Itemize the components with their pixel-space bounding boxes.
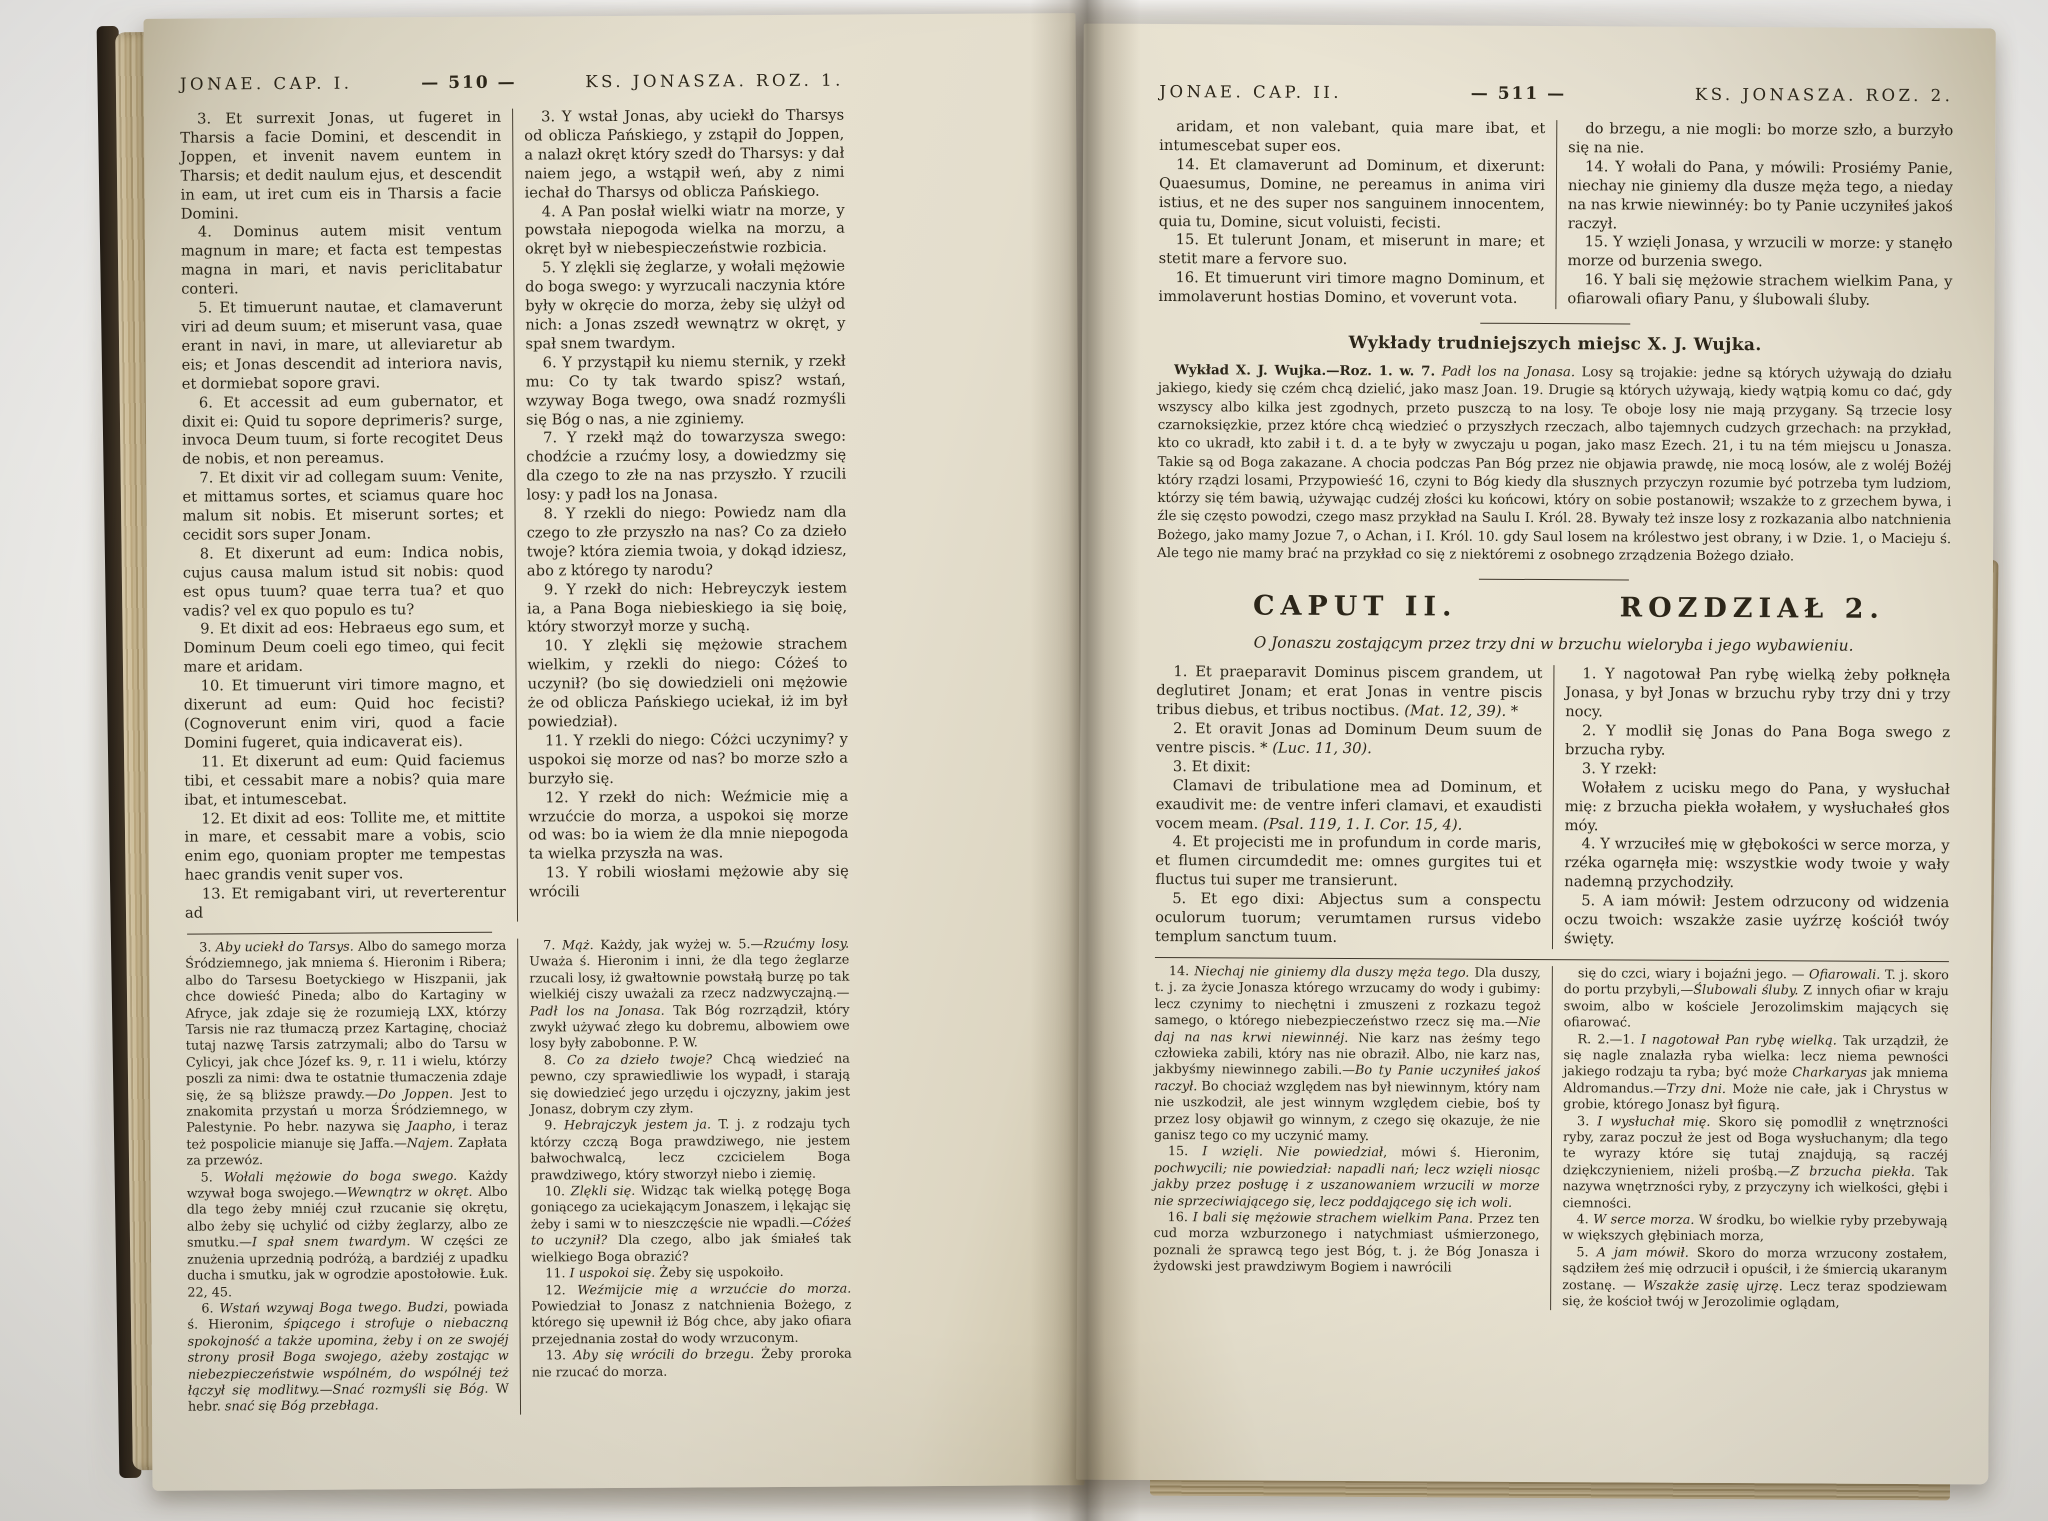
latin-verse: 10. Et timuerunt viri timore magno, et d… (184, 676, 505, 754)
left-page-verse-columns: 3. Et surrexit Jonas, ut fugeret in Thar… (180, 107, 849, 924)
latin-verse: 15. Et tulerunt Jonam, et miserunt in ma… (1159, 231, 1545, 271)
footnote: 6. Wstań wzywaj Boga twego. Budzi, powia… (187, 1300, 509, 1417)
latin-verse: 7. Et dixit vir ad collegam suum: Venite… (182, 468, 503, 546)
commentary-paragraph: Wykład X. J. Wujka.—Roz. 1. w. 7. Padł l… (1157, 361, 1952, 567)
footnotes-column-2: się do czci, wiary i bojaźni jego. — Ofi… (1550, 966, 1949, 1313)
latin-verse: 2. Et oravit Jonas ad Dominum Deum suum … (1156, 720, 1542, 760)
latin-verse: 5. Et ego dixi: Abjectus sum a conspectu… (1155, 890, 1541, 949)
polish-verse: 4. A Pan posłał wielki wiatr na morze, y… (525, 201, 845, 260)
page-number: — 510 — (421, 73, 516, 94)
polish-verse: 16. Y bali się mężowie strachem wielkim … (1567, 271, 1952, 311)
polish-verse: 13. Y robili wiosłami mężowie aby się wr… (529, 863, 849, 903)
latin-verse: 5. Et timuerunt nautae, et clamaverunt v… (181, 298, 503, 394)
right-page: JONAE. CAP. II. — 511 — KS. JONASZA. ROZ… (1076, 24, 1996, 1485)
footnote-separator-rule (187, 932, 492, 935)
chapter1-continuation-columns: aridam, et non valebant, quia mare ibat,… (1158, 118, 1953, 311)
chapter-subtitle: O Jonaszu zostającym przez trzy dni w br… (1157, 633, 1951, 655)
polish-verse: 9. Y rzekł do nich: Hebreyczyk iestem ia… (527, 579, 847, 638)
footnote: 3. I wysłuchał mię. Skoro się pomodlił z… (1563, 1114, 1949, 1214)
polish-verse: 3. Y rzekł: (1565, 760, 1950, 781)
polish-verse: 4. Y wrzuciłeś mię w głębokości w serce … (1564, 836, 1949, 895)
chapter-divider-rule (1479, 579, 1629, 581)
footnote: się do czci, wiary i bojaźni jego. — Ofi… (1564, 966, 1949, 1034)
footnote: 5. Wołali mężowie do boga swego. Każdy w… (187, 1168, 509, 1301)
latin-text-column: 1. Et praeparavit Dominus piscem grandem… (1155, 663, 1553, 949)
polish-verse: 15. Y wzięli Jonasa, y wrzucili w morze:… (1568, 234, 1953, 274)
latin-verse: 4. Dominus autem misit ventum magnum in … (181, 222, 502, 300)
footnote: 14. Niechaj nie giniemy dla duszy męża t… (1154, 964, 1541, 1146)
footnote: 3. Aby uciekł do Tarsys. Albo do samego … (185, 939, 507, 1171)
book-photo-scene: JONAE. CAP. I. — 510 — KS. JONASZA. ROZ.… (0, 0, 2048, 1521)
right-page-footnote-columns: 14. Niechaj nie giniemy dla duszy męża t… (1153, 964, 1949, 1313)
polish-verse: 11. Y rzekli do niego: Cóżci uczynimy? y… (528, 730, 848, 789)
latin-verse: 6. Et accessit ad eum gubernator, et dix… (182, 392, 503, 470)
polish-text-column: 1. Y nagotował Pan rybę wielką żeby połk… (1552, 665, 1950, 951)
page-number: — 511 — (1471, 84, 1566, 104)
latin-verse: 4. Et projecisti me in profundum in cord… (1155, 833, 1541, 892)
polish-verse: 6. Y przystąpił ku niemu sternik, y rzek… (526, 352, 846, 430)
chapter2-verse-columns: 1. Et praeparavit Dominus piscem grandem… (1155, 663, 1950, 951)
latin-text-column: 3. Et surrexit Jonas, ut fugeret in Thar… (180, 109, 517, 924)
latin-verse: Clamavi de tribulatione mea ad Dominum, … (1156, 777, 1542, 836)
footnote: 11. I uspokoi się. Żeby się uspokoiło. (531, 1265, 851, 1283)
polish-verse: 10. Y zlękli się mężowie strachem wielki… (527, 636, 848, 732)
footnote: R. 2.—1. I nagotował Pan rybę wielką. Ta… (1563, 1032, 1948, 1116)
footnote: 15. I wzięli. Nie powiedział, mówi ś. Hi… (1154, 1144, 1540, 1212)
polish-verse: 12. Y rzekł do nich: Weźmicie mię a wrzu… (528, 787, 848, 865)
polish-verse: 3. Y wstał Jonas, aby uciekł do Tharsys … (524, 107, 845, 203)
running-title-latin: JONAE. CAP. I. (180, 74, 353, 94)
section-divider-rule (1480, 323, 1630, 325)
polish-verse: Wołałem z ucisku mego do Pana, y wysłuch… (1565, 779, 1950, 838)
polish-verse: 8. Y rzekli do niego: Powiedz nam dla cz… (526, 504, 846, 582)
running-title-polish: KS. JONASZA. ROZ. 2. (1695, 85, 1954, 105)
footnote: 10. Zlękli się. Widząc tak wielką potęgę… (531, 1183, 851, 1267)
right-page-running-header: JONAE. CAP. II. — 511 — KS. JONASZA. ROZ… (1159, 82, 1953, 106)
footnote: 12. Weźmijcie mię a wrzućcie do morza. P… (531, 1281, 851, 1349)
polish-verse: 1. Y nagotował Pan rybę wielką żeby połk… (1565, 665, 1950, 724)
latin-verse: 16. Et timuerunt viri timore magno Domin… (1158, 269, 1544, 309)
footnotes-column-2: 7. Mąż. Każdy, jak wyżej w. 5.—Rzućmy lo… (517, 937, 852, 1415)
right-page-content: JONAE. CAP. II. — 511 — KS. JONASZA. ROZ… (1153, 82, 1953, 1313)
polish-verse: 2. Y modlił się Jonas do Pana Boga swego… (1565, 722, 1950, 762)
polish-verse: 14. Y wołali do Pana, y mówili: Prosiémy… (1568, 158, 1953, 236)
left-page-footnote-columns: 3. Aby uciekł do Tarsys. Albo do samego … (185, 937, 852, 1417)
chapter-heading-latin: CAPUT II. (1157, 590, 1554, 623)
polish-verse: do brzegu, a nie mogli: bo morze szło, a… (1568, 120, 1953, 160)
footnote-separator-rule (1155, 957, 1949, 962)
left-page: JONAE. CAP. I. — 510 — KS. JONASZA. ROZ.… (144, 13, 1085, 1491)
latin-verse: 12. Et dixit ad eos: Tollite me, et mitt… (184, 808, 505, 886)
footnote: 8. Co za dzieło twoje? Chcą wiedzieć na … (530, 1051, 850, 1119)
running-title-polish: KS. JONASZA. ROZ. 1. (585, 71, 844, 92)
latin-verse: 1. Et praeparavit Dominus piscem grandem… (1156, 663, 1542, 722)
left-page-running-header: JONAE. CAP. I. — 510 — KS. JONASZA. ROZ.… (180, 71, 844, 95)
footnote: 4. W serce morza. W środku, bo wielkie r… (1562, 1212, 1947, 1247)
latin-verse: 9. Et dixit ad eos: Hebraeus ego sum, et… (183, 619, 504, 678)
latin-verse: 3. Et surrexit Jonas, ut fugeret in Thar… (180, 109, 502, 224)
chapter-heading-polish: ROZDZIAŁ 2. (1554, 592, 1951, 625)
chapter-headings: CAPUT II. ROZDZIAŁ 2. (1157, 590, 1951, 625)
latin-verse: 3. Et dixit: (1156, 758, 1542, 779)
latin-verse: 11. Et dixerunt ad eum: Quid faciemus ti… (184, 751, 505, 810)
polish-verse: 7. Y rzekł mąż do towarzysza swego: chod… (526, 428, 846, 506)
footnotes-column-1: 3. Aby uciekł do Tarsys. Albo do samego … (185, 939, 520, 1417)
polish-verse: 5. A iam mówił: Jestem odrzucony od widz… (1564, 892, 1949, 951)
polish-verse: 5. Y zlękli się żeglarze, y wołali mężow… (525, 258, 846, 354)
footnote: 16. I bali się mężowie strachem wielkim … (1153, 1210, 1539, 1278)
polish-text-column: 3. Y wstał Jonas, aby uciekł do Tharsys … (512, 107, 849, 922)
footnotes-column-1: 14. Niechaj nie giniemy dla duszy męża t… (1153, 964, 1552, 1311)
left-page-content: JONAE. CAP. I. — 510 — KS. JONASZA. ROZ.… (180, 71, 852, 1417)
latin-text-column: aridam, et non valebant, quia mare ibat,… (1158, 118, 1556, 309)
footnote: 5. A jam mówił. Skoro do morza wrzucony … (1562, 1245, 1947, 1313)
commentary-section-title: Wykłady trudniejszych miejsc X. J. Wujka… (1158, 332, 1952, 356)
running-title-latin: JONAE. CAP. II. (1159, 82, 1342, 102)
latin-verse: 8. Et dixerunt ad eum: Indica nobis, cuj… (183, 544, 504, 622)
footnote: 7. Mąż. Każdy, jak wyżej w. 5.—Rzućmy lo… (529, 937, 850, 1054)
polish-text-column: do brzegu, a nie mogli: bo morze szło, a… (1555, 120, 1953, 311)
footnote: 13. Aby się wrócili do brzegu. Żeby pror… (532, 1347, 852, 1382)
latin-verse: aridam, et non valebant, quia mare ibat,… (1159, 118, 1545, 158)
latin-verse: 13. Et remigabant viri, ut reverterentur… (185, 884, 506, 924)
latin-verse: 14. Et clamaverunt ad Dominum, et dixeru… (1159, 156, 1545, 234)
footnote: 9. Hebrajczyk jestem ja. T. j. z rodzaju… (530, 1117, 850, 1185)
